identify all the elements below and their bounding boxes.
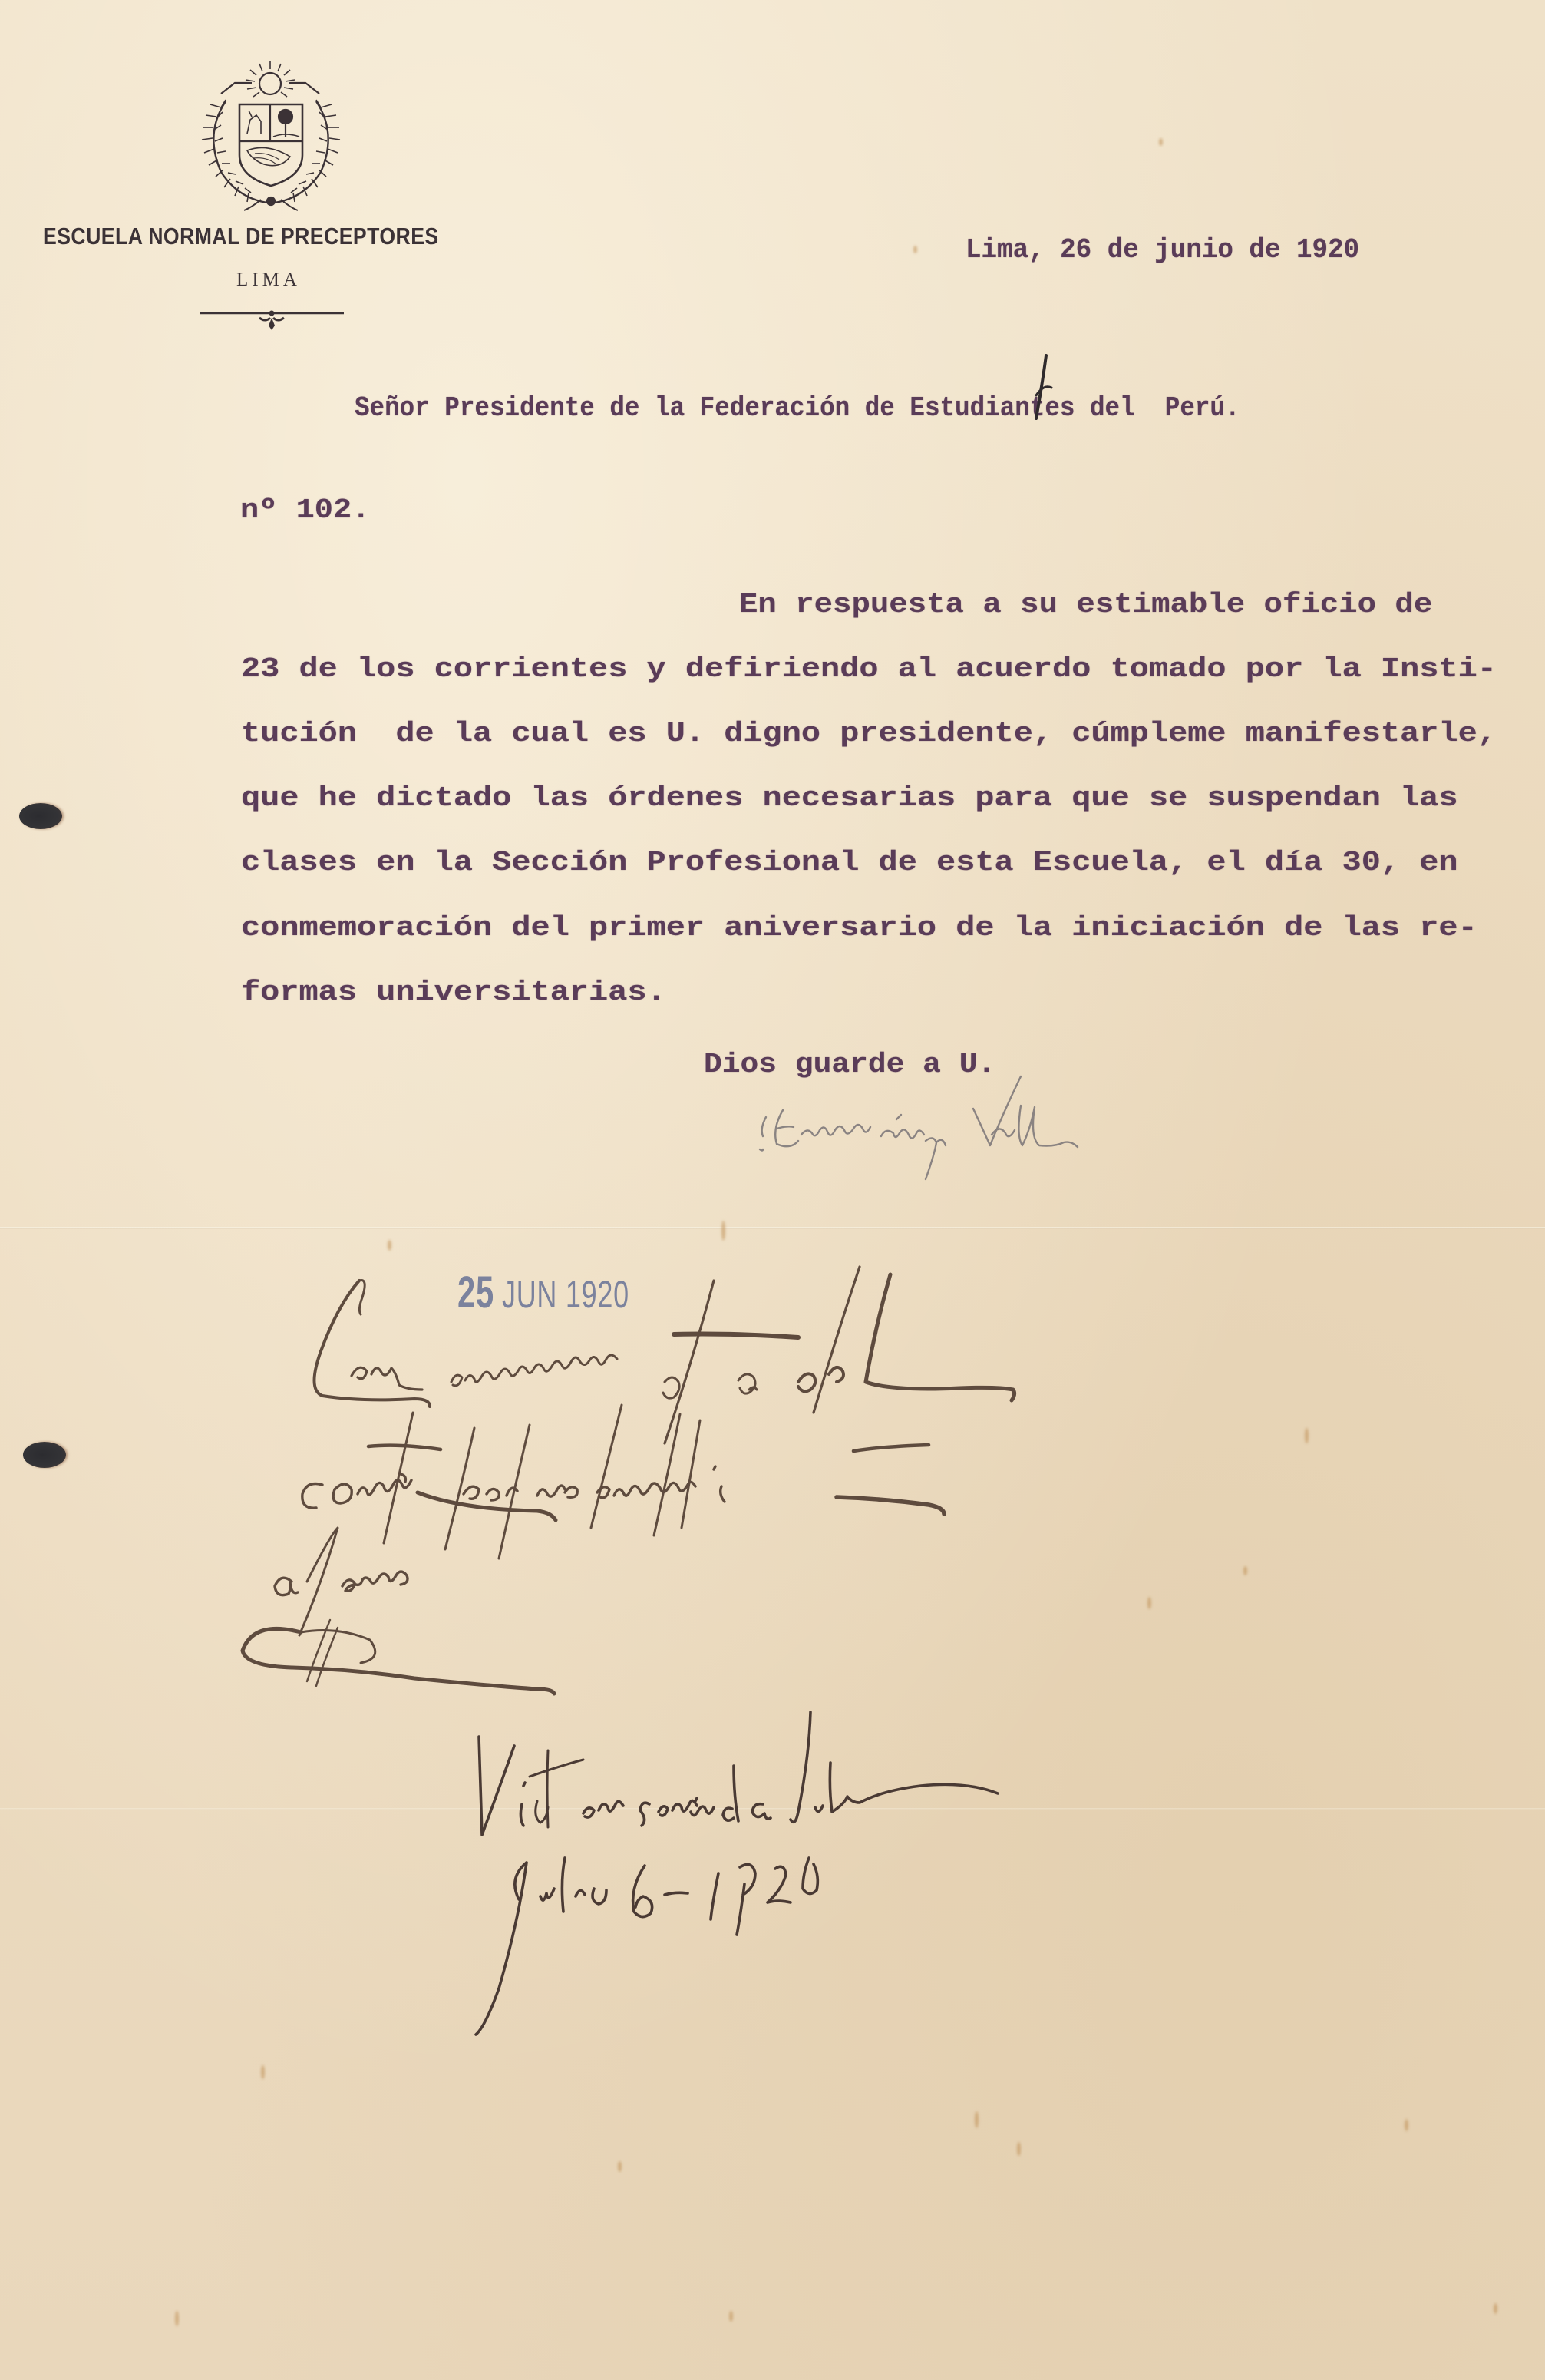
foxing-spot <box>1243 1566 1247 1575</box>
addressee-line: Señor Presidente de la Federación de Est… <box>355 393 1240 424</box>
handwriting-strokes <box>0 0 1545 2380</box>
foxing-spot <box>1305 1428 1309 1443</box>
closing-line: Dios guarde a U. <box>704 1050 995 1080</box>
body-line-1: En respuesta a su estimable oficio de <box>739 590 1432 620</box>
ornamental-rule-icon <box>198 307 345 332</box>
body-line-7: formas universitarias. <box>241 977 666 1008</box>
body-line-6: conmemoración del primer aniversario de … <box>241 913 1477 944</box>
fold-line <box>0 1227 1545 1229</box>
reference-number: nº 102. <box>240 495 370 526</box>
fold-line <box>0 1808 1545 1810</box>
place-date: Lima, 26 de junio de 1920 <box>966 235 1359 266</box>
foxing-spot <box>618 2161 622 2172</box>
signature: E. Guzmán y Valle <box>798 1102 1165 1148</box>
note-line-1: Con conocimiento del <box>299 1305 890 1368</box>
punch-hole <box>19 803 62 829</box>
foxing-spot <box>1159 138 1163 146</box>
body-line-3: tución de la cual es U. digno presidente… <box>241 719 1497 749</box>
foxing-spot <box>913 246 917 253</box>
foxing-spot <box>175 2311 179 2326</box>
body-line-5: clases en la Sección Profesional de esta… <box>241 848 1458 878</box>
foxing-spot <box>388 1240 391 1251</box>
institution-city: LIMA <box>215 269 322 291</box>
note-line-3: al archivo <box>284 1574 522 1630</box>
punch-hole <box>23 1442 66 1468</box>
foxing-spot <box>975 2111 979 2128</box>
foxing-spot <box>729 2311 733 2322</box>
seen-line-2: Julio 6 - 1920 <box>568 1843 900 1899</box>
body-line-2: 23 de los corrientes y defiriendo al acu… <box>241 654 1497 685</box>
foxing-spot <box>261 2065 265 2079</box>
letter-page: ESCUELA NORMAL DE PRECEPTORES LIMA Lima,… <box>0 0 1545 2380</box>
institution-name: ESCUELA NORMAL DE PRECEPTORES <box>43 223 432 250</box>
seen-line-1: Visto en sesión de la Junta <box>476 1720 1134 1777</box>
foxing-spot <box>1405 2119 1408 2131</box>
foxing-spot <box>1017 2142 1021 2156</box>
foxing-spot <box>1494 2303 1497 2314</box>
foxing-spot <box>721 1221 725 1241</box>
body-line-4: que he dictado las órdenes necesarias pa… <box>241 783 1458 814</box>
foxing-spot <box>1147 1597 1151 1609</box>
coat-of-arms-icon <box>190 57 352 214</box>
note-line-2: comité federal dirigente <box>307 1443 966 1506</box>
